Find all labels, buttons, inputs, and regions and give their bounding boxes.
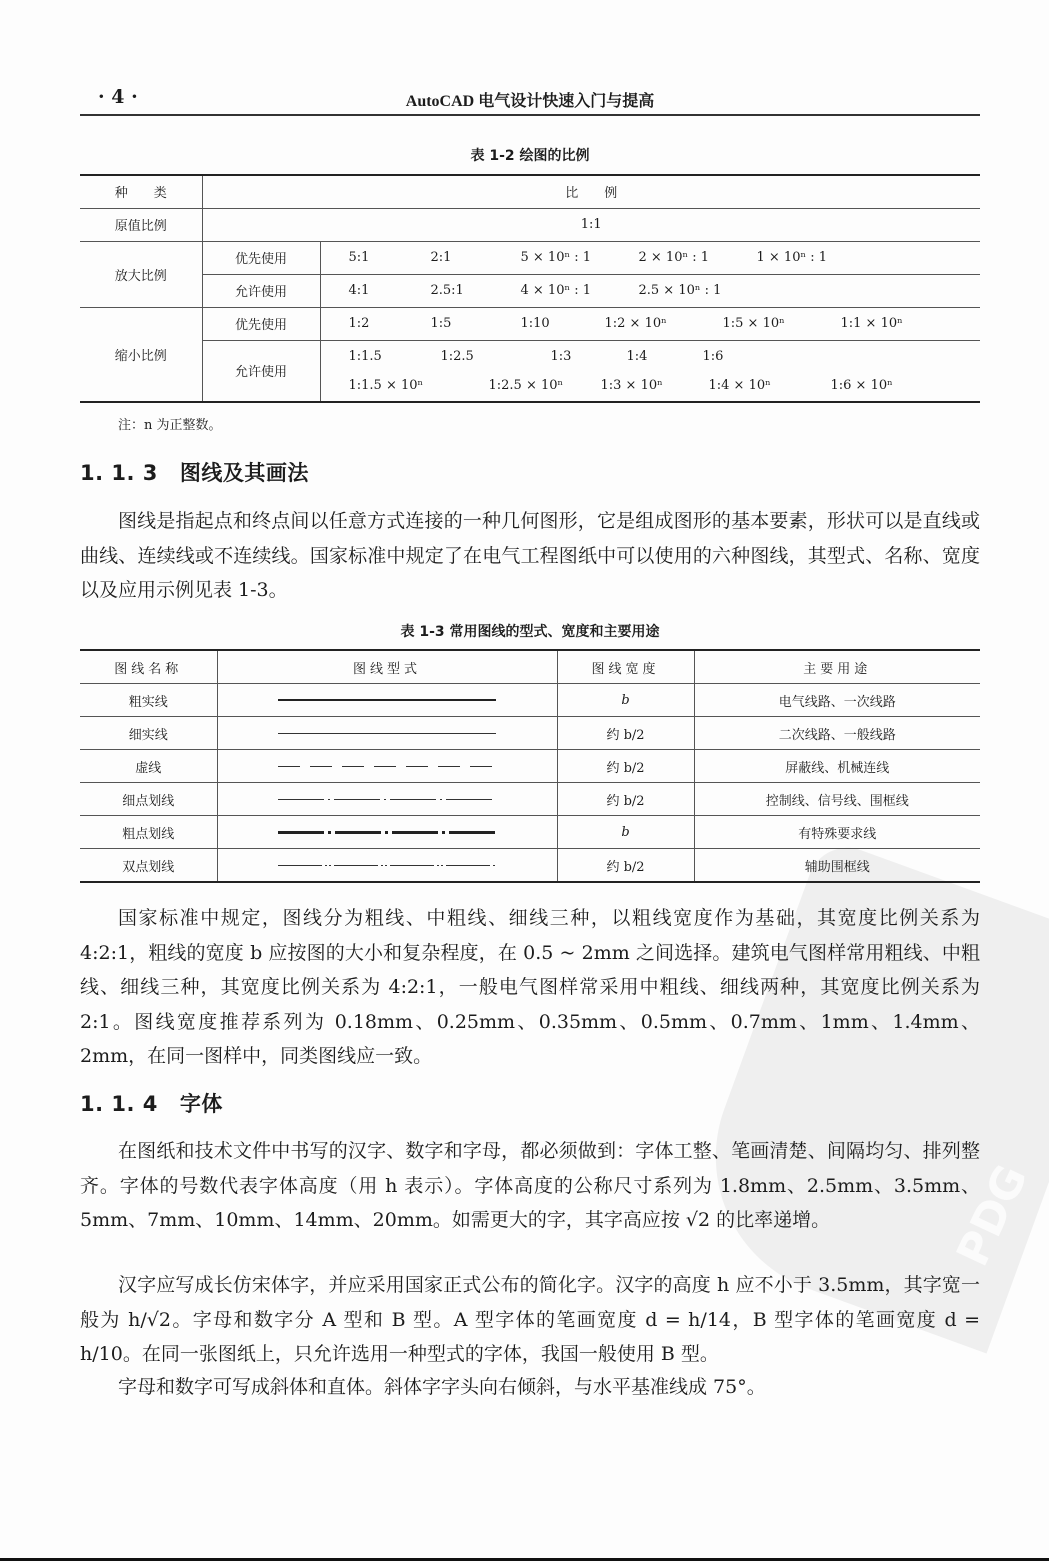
- line-name: 细点划线: [80, 783, 217, 816]
- line-name: 粗点划线: [80, 816, 217, 849]
- dashed-line-icon: [278, 766, 496, 767]
- scale-value: 1:4 × 10ⁿ: [709, 371, 831, 400]
- table-1-3-caption: 表 1-3 常用图线的型式、宽度和主要用途: [80, 621, 980, 641]
- section-number: 1. 1. 4: [80, 1092, 158, 1116]
- table-row-reduce-preferred: 缩小比例 优先使用 1:21:51:101:2 × 10ⁿ1:5 × 10ⁿ1:…: [80, 307, 980, 340]
- table-header-row: 图线名称 图线型式 图线宽度 主要用途: [80, 650, 980, 684]
- scale-value: 1:1 × 10ⁿ: [841, 316, 903, 331]
- table-row-original: 原值比例 1:1: [80, 208, 980, 241]
- section-heading-1-1-4: 1. 1. 4字体: [80, 1088, 223, 1118]
- section-title: 图线及其画法: [180, 461, 309, 485]
- scale-value: 1:10: [521, 316, 605, 331]
- line-width: 约 b/2: [557, 750, 694, 783]
- scale-value: 1:1.5 × 10ⁿ: [349, 371, 489, 400]
- table-row-reduce-allowed: 允许使用 1:1.51:2.51:31:41:6 1:1.5 × 10ⁿ1:2.…: [80, 340, 980, 402]
- scale-value: 1:2.5 × 10ⁿ: [489, 371, 601, 400]
- line-name: 虚线: [80, 750, 217, 783]
- line-usage: 辅助围框线: [694, 849, 980, 883]
- section-number: 1. 1. 3: [80, 461, 158, 485]
- scale-value: 1:2.5: [441, 342, 551, 371]
- header-scale: 比 例: [202, 175, 980, 208]
- line-width: 约 b/2: [557, 783, 694, 816]
- category-enlarge: 放大比例: [80, 241, 202, 307]
- table-header-row: 种 类 比 例: [80, 175, 980, 208]
- line-width: b: [557, 684, 694, 717]
- line-width: b: [557, 816, 694, 849]
- paragraph-fonts-intro: 在图纸和技术文件中书写的汉字、数字和字母，都必须做到：字体工整、笔画清楚、间隔均…: [80, 1134, 980, 1238]
- paragraph-lines-intro: 图线是指起点和终点间以任意方式连接的一种几何图形，它是组成图形的基本要素，形状可…: [80, 504, 980, 608]
- category-original: 原值比例: [80, 208, 202, 241]
- usage-preferred: 优先使用: [202, 241, 320, 274]
- table-row: 双点划线 约 b/2 辅助围框线: [80, 849, 980, 883]
- values-reduce-allowed: 1:1.51:2.51:31:41:6 1:1.5 × 10ⁿ1:2.5 × 1…: [320, 340, 980, 402]
- line-name: 双点划线: [80, 849, 217, 883]
- category-reduce: 缩小比例: [80, 307, 202, 402]
- table-1-3-line-types: 图线名称 图线型式 图线宽度 主要用途 粗实线 b 电气线路、一次线路 细实线 …: [80, 649, 980, 883]
- table-note: 注：n 为正整数。: [118, 414, 222, 433]
- thin-dot-dash-line-icon: [278, 799, 496, 800]
- line-width: 约 b/2: [557, 849, 694, 883]
- value-original: 1:1: [202, 208, 980, 241]
- line-sample-thick-dot-dash: [217, 816, 557, 849]
- header-line-width: 图线宽度: [557, 650, 694, 684]
- line-usage: 二次线路、一般线路: [694, 717, 980, 750]
- paragraph-chinese-chars: 汉字应写成长仿宋体字，并应采用国家正式公布的简化字。汉字的高度 h 应不小于 3…: [80, 1268, 980, 1372]
- line-sample-thin-dot-dash: [217, 783, 557, 816]
- scale-value: 1:6: [703, 342, 724, 371]
- line-usage: 控制线、信号线、围框线: [694, 783, 980, 816]
- thin-solid-line-icon: [278, 733, 496, 734]
- values-enlarge-preferred: 5:12:15 × 10ⁿ : 12 × 10ⁿ : 11 × 10ⁿ : 1: [320, 241, 980, 274]
- scale-value: 1:3: [551, 342, 627, 371]
- scale-value: 4 × 10ⁿ : 1: [521, 283, 639, 298]
- scale-value: 1:1.5: [349, 342, 441, 371]
- header-line-name: 图线名称: [80, 650, 217, 684]
- line-name: 细实线: [80, 717, 217, 750]
- scale-value: 1:5: [431, 316, 521, 331]
- section-title: 字体: [180, 1092, 223, 1116]
- scale-value: 5 × 10ⁿ : 1: [521, 250, 639, 265]
- line-usage: 屏蔽线、机械连线: [694, 750, 980, 783]
- line-usage: 电气线路、一次线路: [694, 684, 980, 717]
- scale-value: 1:5 × 10ⁿ: [723, 316, 841, 331]
- usage-allowed: 允许使用: [202, 274, 320, 307]
- scale-value: 2.5:1: [431, 283, 521, 298]
- header-category: 种 类: [80, 175, 202, 208]
- header-line-style: 图线型式: [217, 650, 557, 684]
- scale-value: 1:2: [349, 316, 431, 331]
- double-dot-dash-line-icon: [278, 865, 496, 866]
- line-usage: 有特殊要求线: [694, 816, 980, 849]
- thick-dot-dash-line-icon: [278, 831, 496, 834]
- line-sample-thin-solid: [217, 717, 557, 750]
- paragraph-italic: 字母和数字可写成斜体和直体。斜体字字头向右倾斜，与水平基准线成 75°。: [80, 1370, 980, 1405]
- scale-value: 4:1: [349, 283, 431, 298]
- line-width: 约 b/2: [557, 717, 694, 750]
- usage-allowed: 允许使用: [202, 340, 320, 402]
- scale-value: 1:3 × 10ⁿ: [601, 371, 709, 400]
- table-row: 虚线 约 b/2 屏蔽线、机械连线: [80, 750, 980, 783]
- scale-value: 2.5 × 10ⁿ : 1: [639, 283, 722, 298]
- book-page: PDG · 4 · AutoCAD 电气设计快速入门与提高 表 1-2 绘图的比…: [0, 0, 1049, 1563]
- scale-value: 1:6 × 10ⁿ: [831, 371, 893, 400]
- table-row: 细实线 约 b/2 二次线路、一般线路: [80, 717, 980, 750]
- table-row-enlarge-allowed: 允许使用 4:12.5:14 × 10ⁿ : 12.5 × 10ⁿ : 1: [80, 274, 980, 307]
- table-row: 细点划线 约 b/2 控制线、信号线、围框线: [80, 783, 980, 816]
- table-row: 粗点划线 b 有特殊要求线: [80, 816, 980, 849]
- scale-value: 2:1: [431, 250, 521, 265]
- scale-value: 5:1: [349, 250, 431, 265]
- scale-value: 2 × 10ⁿ : 1: [639, 250, 757, 265]
- values-enlarge-allowed: 4:12.5:14 × 10ⁿ : 12.5 × 10ⁿ : 1: [320, 274, 980, 307]
- running-title: AutoCAD 电气设计快速入门与提高: [80, 88, 980, 111]
- table-row-enlarge-preferred: 放大比例 优先使用 5:12:15 × 10ⁿ : 12 × 10ⁿ : 11 …: [80, 241, 980, 274]
- table-1-2-drawing-scales: 种 类 比 例 原值比例 1:1 放大比例 优先使用 5:12:15 × 10ⁿ…: [80, 174, 980, 403]
- scale-value: 1:4: [627, 342, 703, 371]
- section-heading-1-1-3: 1. 1. 3图线及其画法: [80, 457, 309, 487]
- header-main-usage: 主要用途: [694, 650, 980, 684]
- thick-solid-line-icon: [278, 699, 496, 701]
- paragraph-line-widths: 国家标准中规定，图线分为粗线、中粗线、细线三种，以粗线宽度作为基础，其宽度比例关…: [80, 901, 980, 1074]
- line-name: 粗实线: [80, 684, 217, 717]
- values-reduce-preferred: 1:21:51:101:2 × 10ⁿ1:5 × 10ⁿ1:1 × 10ⁿ: [320, 307, 980, 340]
- scale-value: 1 × 10ⁿ : 1: [757, 250, 828, 265]
- page-header: · 4 · AutoCAD 电气设计快速入门与提高: [80, 84, 980, 116]
- line-sample-dashed: [217, 750, 557, 783]
- scan-edge-line: [0, 1558, 1049, 1561]
- line-sample-double-dot-dash: [217, 849, 557, 883]
- scale-value: 1:2 × 10ⁿ: [605, 316, 723, 331]
- line-sample-thick-solid: [217, 684, 557, 717]
- usage-preferred: 优先使用: [202, 307, 320, 340]
- table-row: 粗实线 b 电气线路、一次线路: [80, 684, 980, 717]
- table-1-2-caption: 表 1-2 绘图的比例: [80, 145, 980, 165]
